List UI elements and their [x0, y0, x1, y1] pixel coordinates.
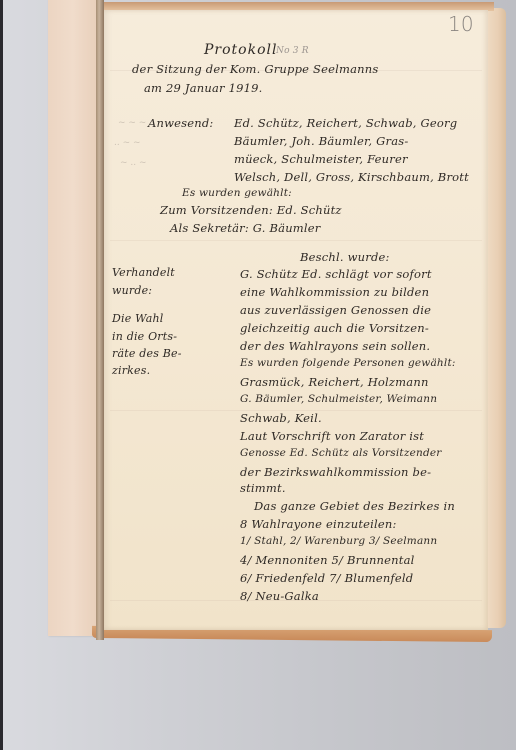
document-title: Protokoll [204, 42, 277, 58]
margin-note: wurde: [112, 284, 152, 297]
body-line: gleichzeitig auch die Vorsitzen- [240, 321, 429, 335]
attendees-line: Welsch, Dell, Gross, Kirschbaum, Brott [234, 170, 469, 184]
body-line: 8/ Neu-Galka [240, 589, 319, 603]
body-line: Das ganze Gebiet des Bezirkes in [254, 499, 455, 513]
resolved-heading: Beschl. wurde: [300, 250, 390, 264]
body-line: 1/ Stahl, 2/ Warenburg 3/ Seelmann [240, 535, 437, 547]
secretary-line: Als Sekretär: G. Bäumler [170, 221, 321, 235]
body-line: der Bezirkswahlkommission be- [240, 465, 431, 479]
header-line: der Sitzung der Kom. Gruppe Seelmanns [132, 62, 378, 76]
page-number: 10 [448, 12, 474, 36]
body-line: aus zuverlässigen Genossen die [240, 303, 431, 317]
margin-note: Die Wahl [112, 312, 163, 325]
chair-line: Zum Vorsitzenden: Ed. Schütz [160, 203, 342, 217]
attendees-line: müeck, Schulmeister, Feurer [234, 152, 408, 166]
body-line: 4/ Mennoniten 5/ Brunnental [240, 553, 415, 567]
body-line: Schwab, Keil. [240, 411, 322, 425]
ruled-line [110, 240, 482, 241]
body-line: stimmt. [240, 481, 286, 495]
bleed-through-mark: .. ~ ~ [114, 138, 141, 148]
body-line: eine Wahlkommission zu bilden [240, 285, 429, 299]
body-line: 6/ Friedenfeld 7/ Blumenfeld [240, 571, 413, 585]
elected-line: Es wurden gewählt: [182, 187, 292, 199]
margin-note: räte des Be- [112, 347, 182, 360]
body-line: G. Bäumler, Schulmeister, Weimann [240, 393, 437, 405]
manuscript-page: ~ ~ ~ .. ~ ~ ~ .. ~ 10 Protokoll No 3 R … [104, 10, 488, 630]
page-stack-edge [486, 8, 506, 628]
attendees-line: Ed. Schütz, Reichert, Schwab, Georg [234, 116, 457, 130]
margin-note: zirkes. [112, 364, 150, 377]
body-line: der des Wahlrayons sein sollen. [240, 339, 430, 353]
photo-left-edge [0, 0, 3, 750]
book-cover-board [48, 0, 98, 636]
body-line: Genosse Ed. Schütz als Vorsitzender [240, 447, 442, 459]
bleed-through-mark: ~ ~ ~ [118, 118, 146, 128]
margin-note: in die Orts- [112, 330, 177, 343]
margin-note: Verhandelt [112, 266, 175, 279]
bleed-through-mark: ~ .. ~ [120, 158, 147, 168]
attendees-label: Anwesend: [148, 116, 214, 130]
body-line: Laut Vorschrift von Zarator ist [240, 429, 424, 443]
attendees-line: Bäumler, Joh. Bäumler, Gras- [234, 134, 408, 148]
body-line: Es wurden folgende Personen gewählt: [240, 357, 456, 369]
title-annotation: No 3 R [276, 46, 309, 56]
header-line: am 29 Januar 1919. [144, 81, 263, 95]
body-line: 8 Wahlrayone einzuteilen: [240, 517, 397, 531]
book-spine-binding [96, 0, 104, 640]
body-line: Grasmück, Reichert, Holzmann [240, 375, 429, 389]
body-line: G. Schütz Ed. schlägt vor sofort [240, 267, 432, 281]
